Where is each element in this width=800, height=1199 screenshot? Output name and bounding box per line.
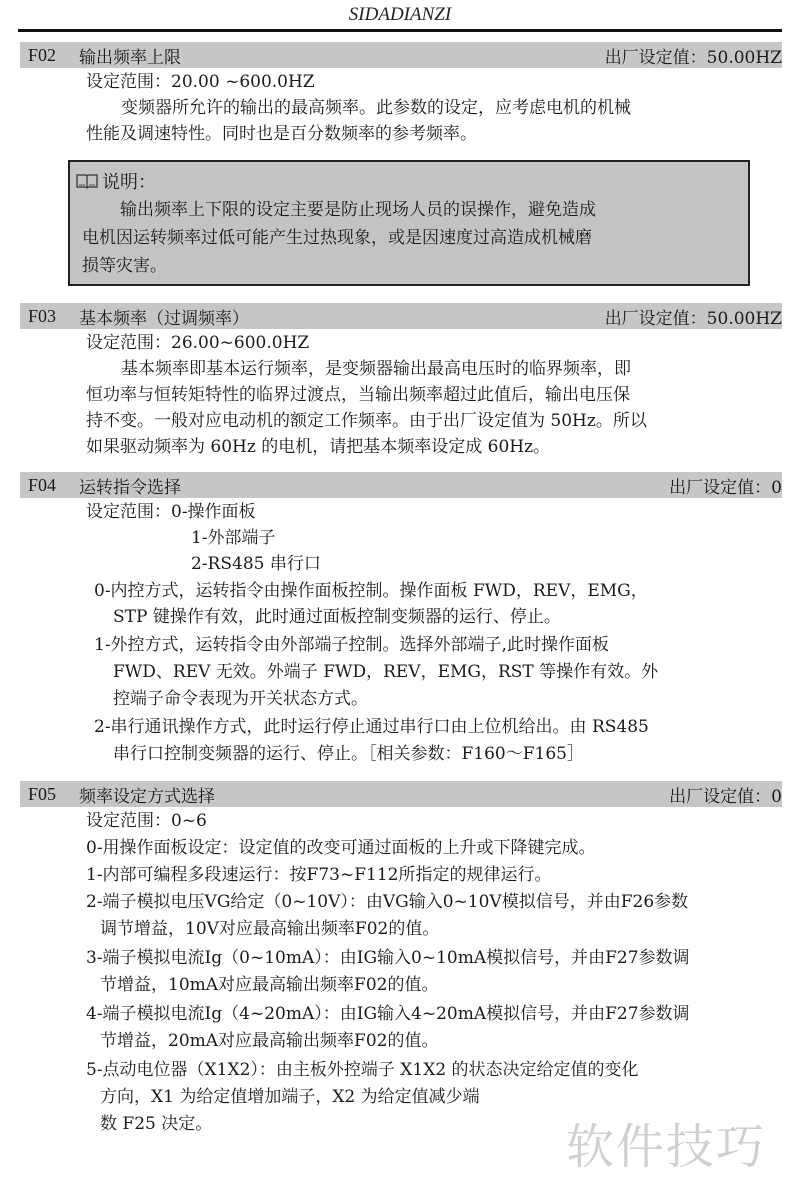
param-desc-line: 0-内控方式，运转指令由操作面板控制。操作面板 FWD，REV，EMG， xyxy=(94,580,648,602)
param-desc-line: 2-端子模拟电压VG给定（0~10V）：由VG输入0~10V模拟信号，并由F26… xyxy=(86,891,688,913)
param-desc-line: 3-端子模拟电流Ig（0~10mA）：由IG输入0~10mA模拟信号，并由F27… xyxy=(86,947,690,969)
param-desc-line: 方向，X1 为给定值增加端子，X2 为给定值减少端 xyxy=(100,1086,480,1108)
note-line: 损等灾害。 xyxy=(82,255,167,277)
param-desc-line: 如果驱动频率为 60Hz 的电机，请把基本频率设定成 60Hz。 xyxy=(86,436,550,458)
param-header-f02: F02 输出频率上限 出厂设定值：50.00HZ xyxy=(20,42,782,68)
param-desc-line: 0-用操作面板设定：设定值的改变可通过面板的上升或下降键完成。 xyxy=(86,837,596,859)
page-header: SIDADIANZI xyxy=(0,4,800,26)
param-title: 基本频率（过调频率） xyxy=(79,304,605,329)
param-desc-line: 变频器所允许的输出的最高频率。此参数的设定，应考虑电机的机械 xyxy=(121,97,631,119)
range-option: 2-RS485 串行口 xyxy=(191,553,321,575)
range-option: 1-外部端子 xyxy=(191,527,276,549)
param-desc-line: 节增益，20mA对应最高输出频率F02的值。 xyxy=(100,1030,438,1052)
watermark: 软件技巧 xyxy=(566,1108,766,1177)
param-desc-line: 1-内部可编程多段速运行：按F73~F112所指定的规律运行。 xyxy=(86,864,551,886)
param-desc-line: 数 F25 决定。 xyxy=(100,1113,212,1135)
note-box: 说明： 输出频率上下限的设定主要是防止现场人员的误操作，避免造成 电机因运转频率… xyxy=(68,160,750,286)
param-code: F02 xyxy=(20,45,79,66)
param-desc-line: 2-串行通讯操作方式，此时运行停止通过串行口由上位机给出。由 RS485 xyxy=(94,716,649,738)
note-line: 电机因运转频率过低可能产生过热现象，或是因速度过高造成机械磨 xyxy=(82,227,592,249)
header-rule xyxy=(18,29,782,32)
param-desc-line: 节增益，10mA对应最高输出频率F02的值。 xyxy=(100,974,438,996)
param-desc-line: 1-外控方式，运转指令由外部端子控制。选择外部端子,此时操作面板 xyxy=(94,634,609,656)
note-line: 输出频率上下限的设定主要是防止现场人员的误操作，避免造成 xyxy=(120,199,596,221)
param-desc-line: 串行口控制变频器的运行、停止。［相关参数：F160～F165］ xyxy=(113,743,584,765)
param-range: 设定范围：0-操作面板 xyxy=(86,501,256,523)
book-icon xyxy=(76,173,98,189)
param-desc-line: FWD、REV 无效。外端子 FWD，REV，EMG，RST 等操作有效。外 xyxy=(113,661,658,683)
param-default: 出厂设定值：50.00HZ xyxy=(605,43,782,68)
param-desc-line: 持不变。一般对应电动机的额定工作频率。由于出厂设定值为 50Hz。所以 xyxy=(86,410,647,432)
param-title: 输出频率上限 xyxy=(79,43,605,68)
param-header-f05: F05 频率设定方式选择 出厂设定值：0 xyxy=(20,781,782,807)
param-desc-line: 5-点动电位器（X1X2）：由主板外控端子 X1X2 的状态决定给定值的变化 xyxy=(86,1059,639,1081)
param-title: 运转指令选择 xyxy=(79,473,669,498)
param-default: 出厂设定值：0 xyxy=(669,782,782,807)
param-desc-line: 恒功率与恒转矩特性的临界过渡点，当输出频率超过此值后，输出电压保 xyxy=(86,384,630,406)
param-desc-line: 基本频率即基本运行频率，是变频器输出最高电压时的临界频率，即 xyxy=(121,358,631,380)
param-desc-line: 性能及调速特性。同时也是百分数频率的参考频率。 xyxy=(86,123,477,145)
param-header-f03: F03 基本频率（过调频率） 出厂设定值：50.00HZ xyxy=(20,303,782,329)
param-range: 设定范围：20.00 ~600.0HZ xyxy=(86,71,315,93)
param-desc-line: 调节增益，10V对应最高输出频率F02的值。 xyxy=(100,918,439,940)
param-range: 设定范围：26.00~600.0HZ xyxy=(86,332,309,354)
param-code: F05 xyxy=(20,784,79,805)
note-title-text: 说明： xyxy=(102,168,156,194)
param-header-f04: F04 运转指令选择 出厂设定值：0 xyxy=(20,472,782,498)
note-title: 说明： xyxy=(76,168,156,194)
param-title: 频率设定方式选择 xyxy=(79,782,669,807)
param-code: F04 xyxy=(20,475,79,496)
param-desc-line: 4-端子模拟电流Ig（4~20mA）：由IG输入4~20mA模拟信号，并由F27… xyxy=(86,1003,690,1025)
param-default: 出厂设定值：0 xyxy=(669,473,782,498)
param-default: 出厂设定值：50.00HZ xyxy=(605,304,782,329)
param-range: 设定范围：0~6 xyxy=(86,810,207,832)
param-desc-line: STP 键操作有效，此时通过面板控制变频器的运行、停止。 xyxy=(113,606,561,628)
param-desc-line: 控端子命令表现为开关状态方式。 xyxy=(113,688,368,710)
param-code: F03 xyxy=(20,306,79,327)
